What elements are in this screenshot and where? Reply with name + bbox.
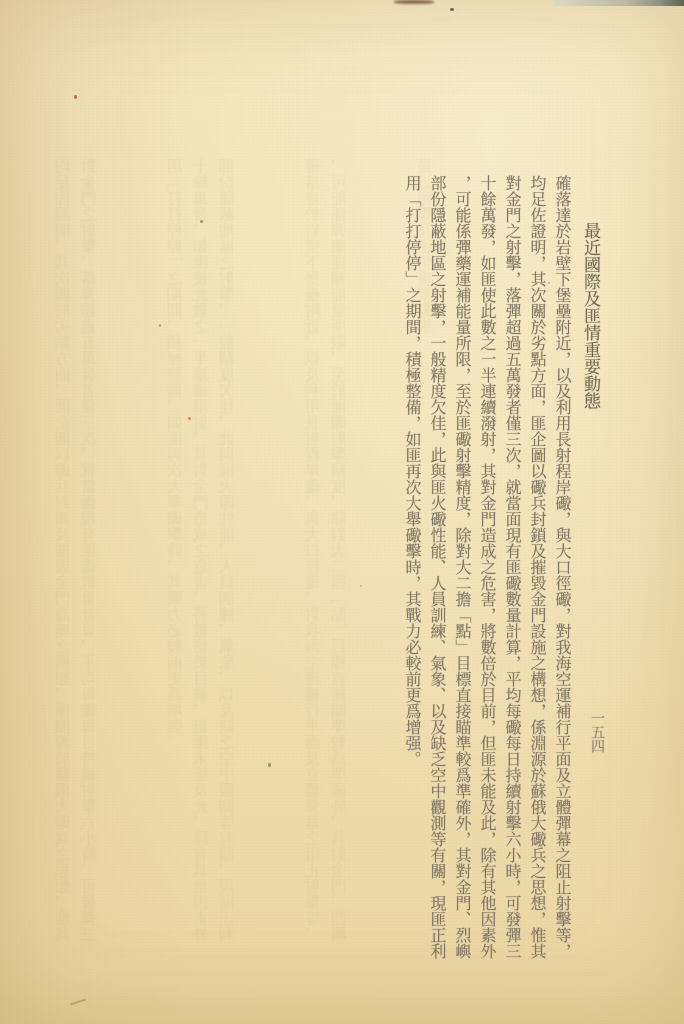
paper-speck xyxy=(188,417,191,420)
ghost-column: 部份隱蔽地區之射擊，一般精度欠佳，此與匪火礮性能、人員訓練、氣象、以及缺乏空中觀… xyxy=(220,158,236,958)
ghost-column: 對金門之射擊，落彈超過五萬發者僅三次，就當面現有匪礮數量計算，平均每礮每日持續射… xyxy=(82,158,98,958)
ghost-column: 十餘萬發，如匪使此數之一半連續潑射，其對金門造成之危害，將數倍於目前，但匪未能及… xyxy=(194,158,210,958)
ghost-column: 用「打打停停」之期間，積極整備，如匪再次大舉礮擊時，其戰力必較前更爲增强。 xyxy=(108,158,184,958)
edge-dot xyxy=(450,8,454,11)
text-column: ，可能係彈藥運補能量所限，至於匪礮射擊精度，除對大二擔「點」目標直接瞄準較爲準確… xyxy=(454,175,470,965)
text-column: 確落達於岩壁下堡壘附近，以及利用長射程岸礮，與大口徑礮，對我海空運補行平面及立體… xyxy=(554,175,570,965)
text-column: 對金門之射擊，落彈超過五萬發者僅三次，就當面現有匪礮數量計算，平均每礮每日持續射… xyxy=(504,175,520,965)
edge-smudge xyxy=(394,0,434,4)
paper-speck xyxy=(159,324,161,327)
paper-speck xyxy=(360,585,362,587)
paper-speck xyxy=(74,95,77,99)
page-number: 一五四 xyxy=(590,711,604,791)
text-column: 用「打打停停」之期間，積極整備，如匪再次大舉礮擊時，其戰力必較前更爲增强。 xyxy=(404,175,420,965)
body-text: 確落達於岩壁下堡壘附近，以及利用長射程岸礮，與大口徑礮，對我海空運補行平面及立體… xyxy=(395,175,570,965)
text-column: 十餘萬發，如匪使此數之一半連續潑射，其對金門造成之危害，將數倍於目前，但匪未能及… xyxy=(479,175,495,965)
paper-speck xyxy=(268,763,271,767)
ghost-column: 均足佐證明，其次關於劣點方面，匪企圖以礮兵封鎖及摧毀金門設施之構想，係淵源於蘇俄… xyxy=(56,158,72,958)
document-page: 均足佐證明，其次關於劣點方面，匪企圖以礮兵封鎖及摧毀金門設施之構想，係淵源於蘇俄… xyxy=(0,0,684,1024)
ghost-column: ，可能係彈藥運補能量所限，至於匪礮射擊精度，除對大二擔「點」目標直接瞄準較爲準確… xyxy=(332,158,348,958)
text-column: 部份隱蔽地區之射擊，一般精度欠佳，此與匪火礮性能、人員訓練、氣象、以及缺乏空中觀… xyxy=(429,175,445,965)
text-column: 均足佐證明，其次關於劣點方面，匪企圖以礮兵封鎖及摧毀金門設施之構想，係淵源於蘇俄… xyxy=(529,175,545,965)
fiber-mark xyxy=(70,999,86,1005)
paper-speck xyxy=(200,220,203,223)
ghost-column: 確落達於岩壁下堡壘附近，以及利用長射程岸礮，與大口徑礮，對我海空運補行平面及立體… xyxy=(246,158,322,958)
ghost-bleedthrough: 均足佐證明，其次關於劣點方面，匪企圖以礮兵封鎖及摧毀金門設施之構想，係淵源於蘇俄… xyxy=(56,158,444,958)
page-edge-strip xyxy=(554,0,684,6)
page-title: 最近國際及匪情重要動態 xyxy=(581,222,598,522)
